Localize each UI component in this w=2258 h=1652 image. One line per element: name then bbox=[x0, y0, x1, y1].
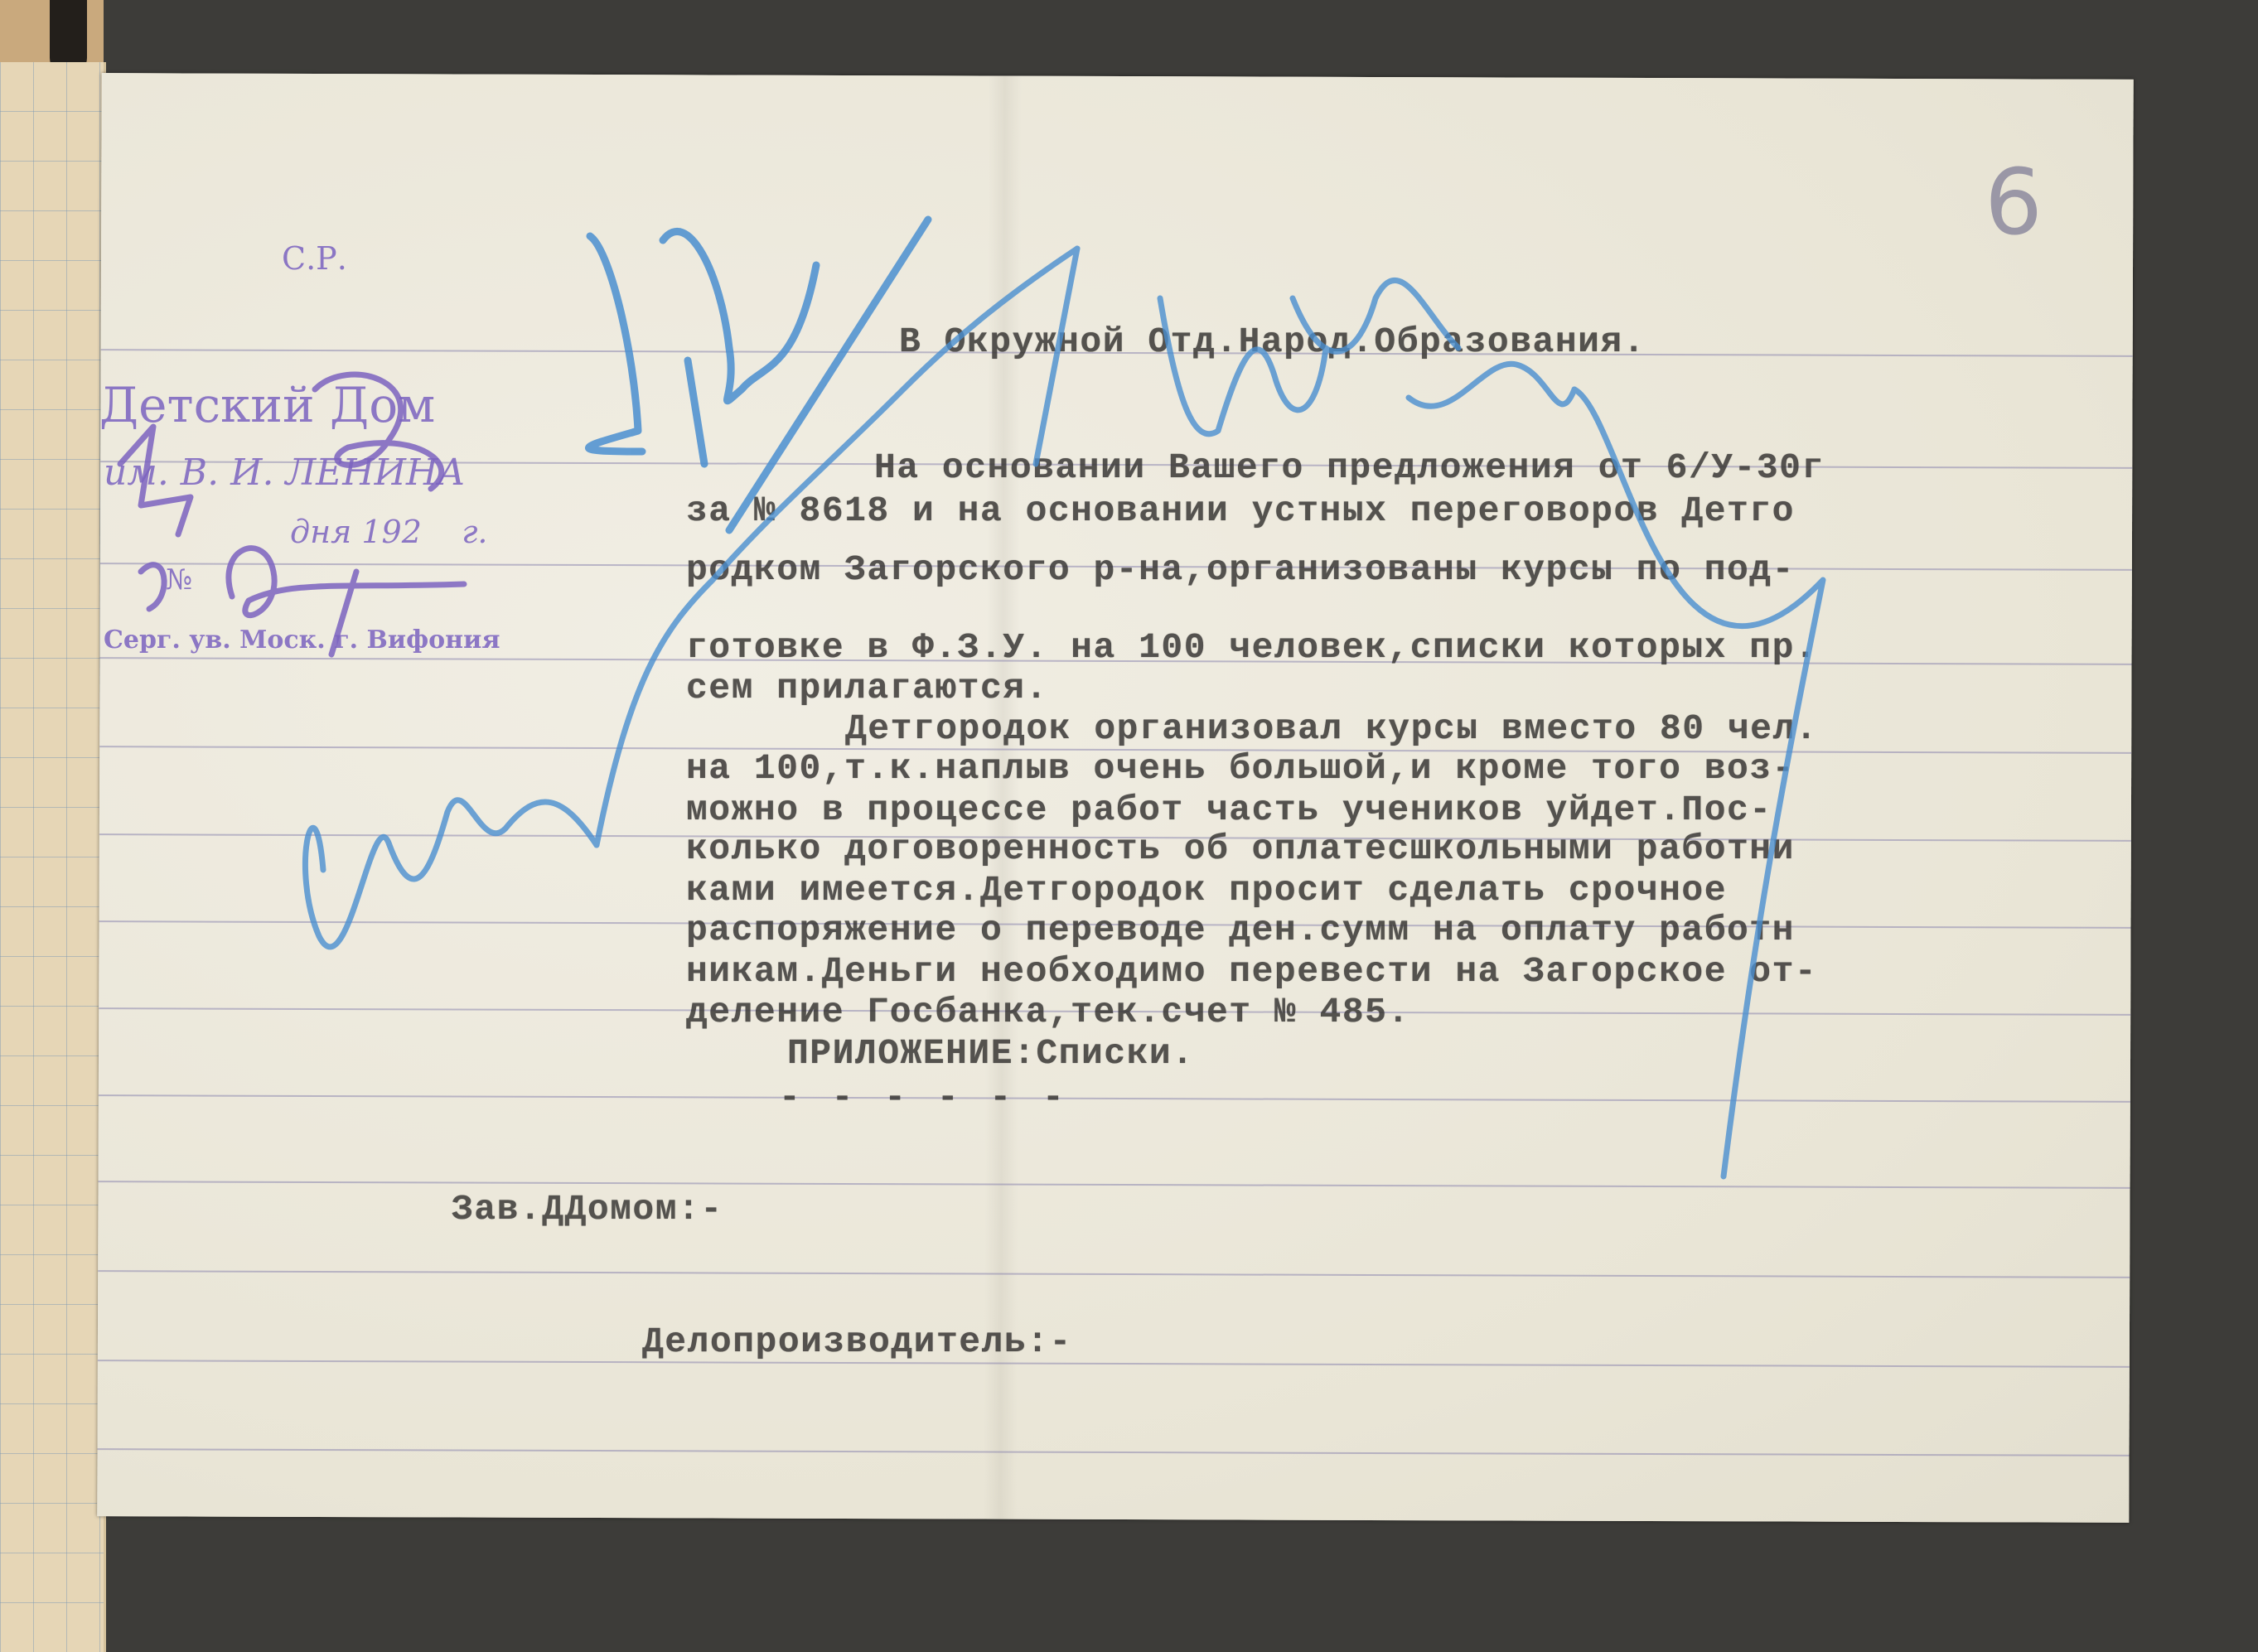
blue-pencil-signature-icon bbox=[305, 249, 1823, 1176]
blue-pencil-number-icon bbox=[588, 220, 928, 530]
stamp-signature-icon bbox=[120, 374, 464, 655]
handwriting-overlay bbox=[0, 0, 2258, 1652]
